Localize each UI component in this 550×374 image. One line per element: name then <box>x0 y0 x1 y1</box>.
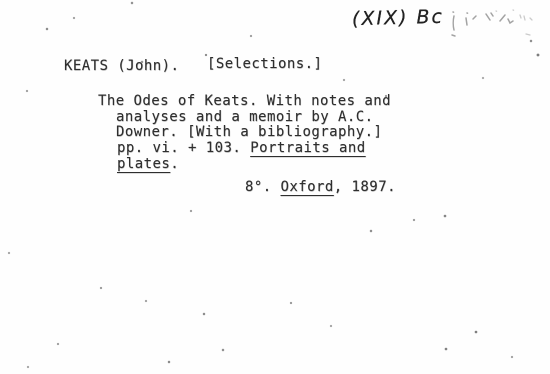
portraits-note: Portraits and <box>250 140 365 156</box>
plates-period: . <box>170 156 179 172</box>
catalog-card-scan: (XIX) Bc KEATS (John). [Selections.] The… <box>0 0 550 374</box>
title-line: Downer. [With a bibliography.] <box>116 124 382 140</box>
imprint-place: Oxford <box>281 179 334 195</box>
plates-note: plates <box>117 156 170 172</box>
imprint-line: 8°. Oxford, 1897. <box>245 179 396 195</box>
uniform-title: [Selections.] <box>207 56 322 72</box>
collation-line: pp. vi. + 103. Portraits and <box>117 140 366 156</box>
collation-text: pp. vi. + 103. <box>117 140 250 156</box>
handwritten-classmark: (XIX) Bc <box>352 6 445 30</box>
illegible-pencil-marks-icon <box>450 4 538 44</box>
imprint-date: , 1897. <box>334 179 396 195</box>
title-line: The Odes of Keats. With notes and <box>98 93 391 109</box>
format-statement: 8°. <box>245 179 281 195</box>
scan-noise-specks <box>0 0 2 2</box>
author-heading: KEATS (John). <box>64 58 179 74</box>
title-line: analyses and a memoir by A.C. <box>116 109 373 125</box>
plates-line: plates. <box>117 156 179 172</box>
